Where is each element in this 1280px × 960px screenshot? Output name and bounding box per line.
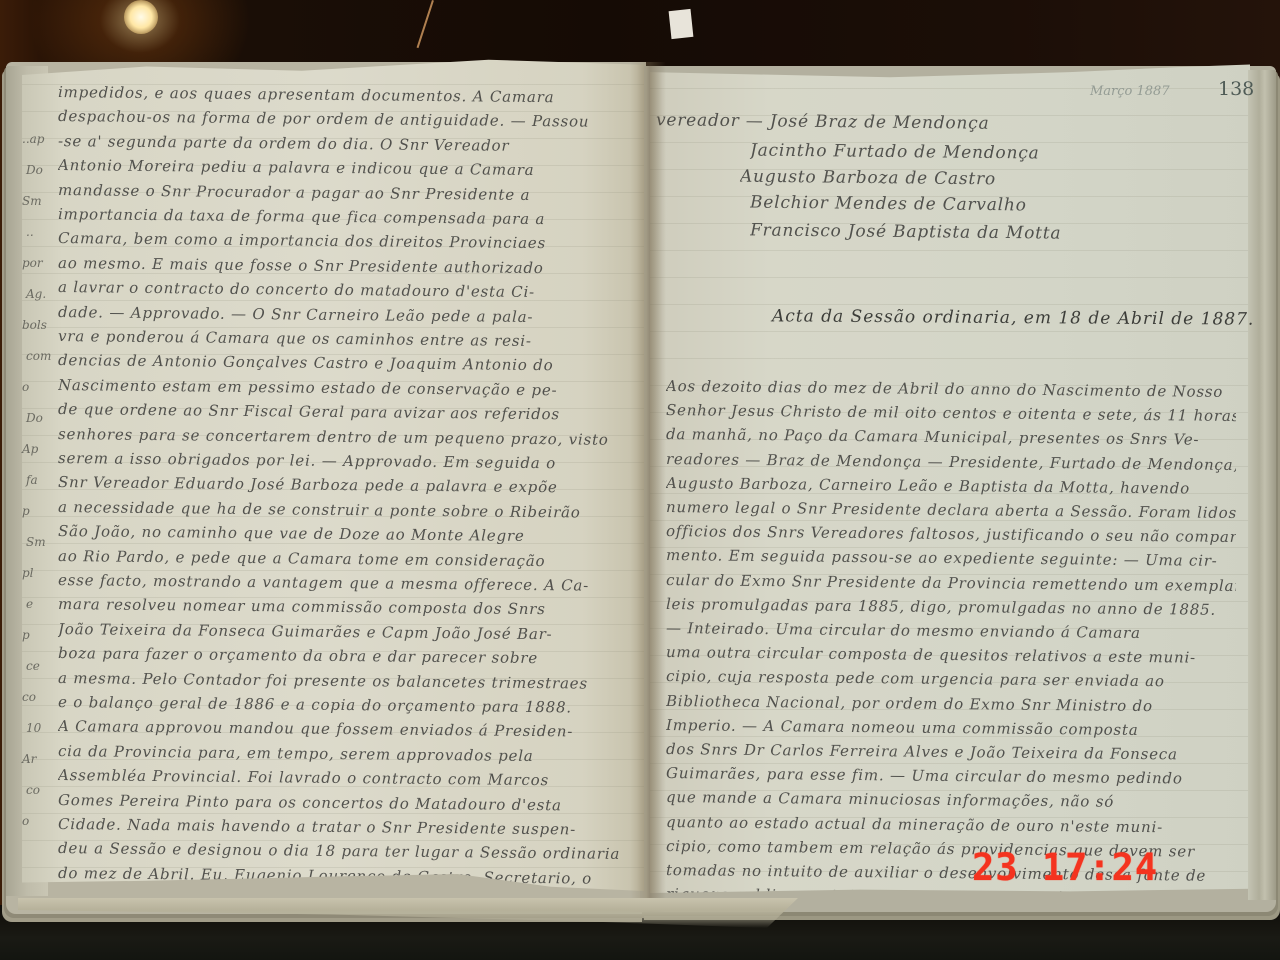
- margin-note: p: [22, 628, 30, 642]
- margin-note: fa: [26, 473, 38, 487]
- margin-note: Ap: [22, 442, 38, 456]
- signature-line: Augusto Barboza de Castro: [740, 167, 996, 190]
- right-page-edges: [1248, 70, 1276, 900]
- margin-note: Ar: [22, 752, 36, 766]
- margin-note: o: [22, 814, 29, 828]
- book-spine: [630, 62, 666, 912]
- minutes-heading: Acta da Sessão ordinaria, em 18 de Abril…: [772, 306, 1254, 329]
- margin-note: ce: [26, 659, 40, 673]
- margin-note: e: [26, 597, 33, 611]
- margin-note: bols: [22, 318, 47, 332]
- paper-scrap: [669, 9, 694, 39]
- margin-note: com: [26, 349, 51, 363]
- margin-note: co: [26, 783, 40, 797]
- signature-line: vereador — José Braz de Mendonça: [656, 110, 990, 133]
- margin-note: o: [22, 380, 29, 394]
- margin-note: ..: [26, 225, 34, 239]
- page-header-note: Março 1887: [1090, 84, 1170, 99]
- margin-note: Sm: [22, 194, 42, 208]
- margin-note: Do: [26, 411, 43, 425]
- margin-note: Sm: [26, 535, 46, 549]
- margin-note: Do: [26, 163, 43, 177]
- margin-note: Ag.: [26, 287, 46, 301]
- lamp-light: [124, 0, 158, 34]
- signature-line: Belchior Mendes de Carvalho: [750, 193, 1027, 216]
- page-number: 138: [1218, 78, 1254, 100]
- margin-note: ..ap: [22, 132, 44, 146]
- signature-line: Jacintho Furtado de Mendonça: [750, 140, 1040, 163]
- left-page: impedidos, e aos quaes apresentam docume…: [22, 58, 644, 908]
- margin-note: co: [22, 690, 36, 704]
- margin-note: pl: [22, 566, 34, 580]
- margin-note: 10: [26, 721, 41, 735]
- margin-note: p: [22, 504, 30, 518]
- margin-note: por: [22, 256, 43, 270]
- signature-line: Francisco José Baptista da Motta: [750, 220, 1062, 243]
- camera-timestamp: 23 17:24: [972, 846, 1158, 889]
- right-page: vereador — José Braz de MendonçaJacintho…: [650, 62, 1250, 910]
